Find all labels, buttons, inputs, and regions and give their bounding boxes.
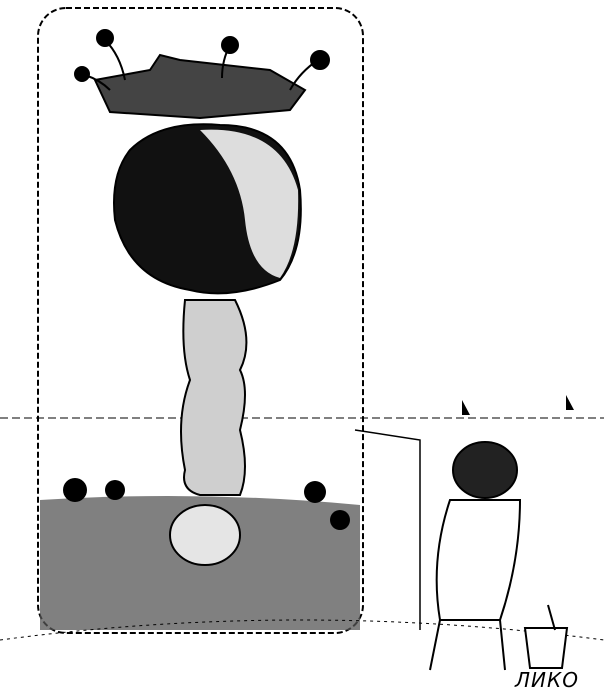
cartoon-illustration [0,0,604,700]
artist-signature: ЛИКО [515,668,579,692]
bucket-icon [525,605,567,668]
scared-child [430,442,520,670]
mushroom-stem [181,300,246,495]
sailboat-icon [462,395,574,415]
floating-island [95,55,305,118]
